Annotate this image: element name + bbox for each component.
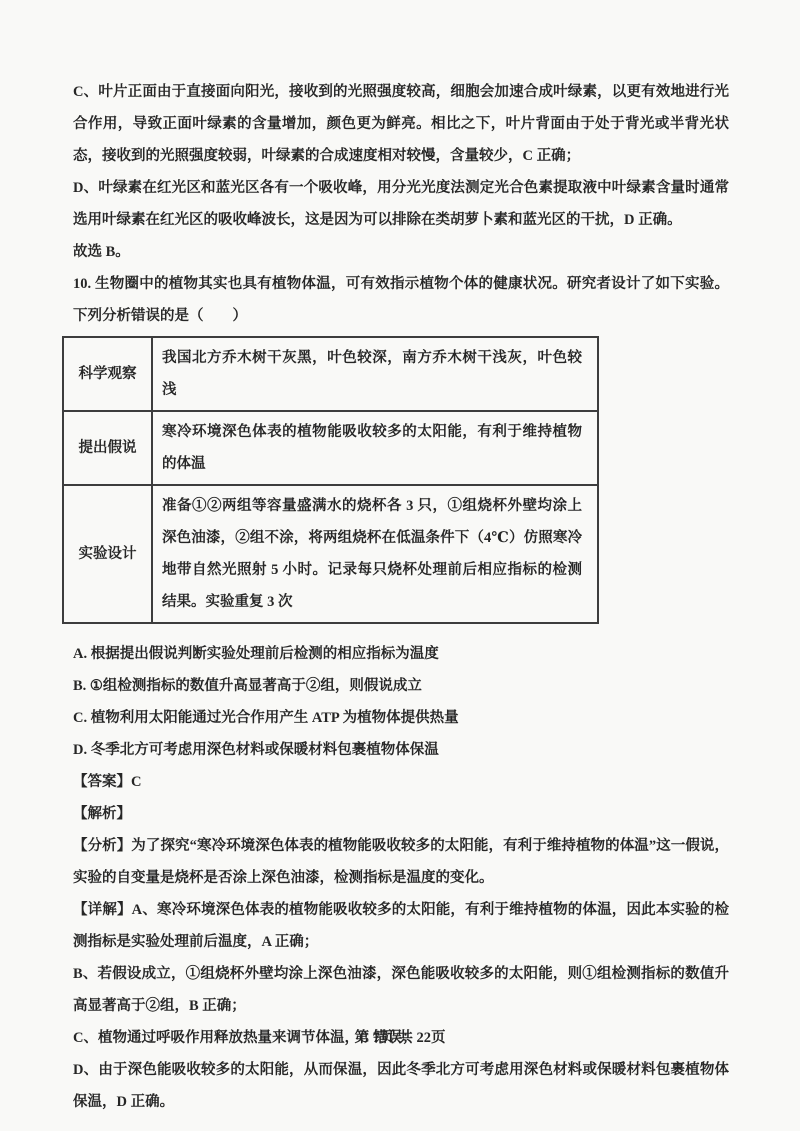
question10-option-c: C. 植物利用太阳能通过光合作用产生 ATP 为植物体提供热量 [73,702,729,734]
question10-option-a: A. 根据提出假说判断实验处理前后检测的相应指标为温度 [73,638,729,670]
detail-option-d: D、由于深色能吸收较多的太阳能，从而保温，因此冬季北方可考虑用深色材料或保暖材料… [73,1054,729,1118]
q9-explanation-option-d: D、叶绿素在红光区和蓝光区各有一个吸收峰，用分光光度法测定光合色素提取液中叶绿素… [73,172,729,236]
question10-option-b: B. ①组检测指标的数值升高显著高于②组，则假说成立 [73,670,729,702]
table-row-observation: 科学观察 我国北方乔木树干灰黑，叶色较深，南方乔木树干浅灰，叶色较浅 [63,337,598,411]
row-label: 实验设计 [63,485,152,623]
table-row-hypothesis: 提出假说 寒冷环境深色体表的植物能吸收较多的太阳能，有利于维持植物的体温 [63,411,598,485]
q9-conclusion: 故选 B。 [73,236,729,268]
scanned-exam-page: C、叶片正面由于直接面向阳光，接收到的光照强度较高，细胞会加速合成叶绿素，以更有… [0,0,800,1131]
row-content: 寒冷环境深色体表的植物能吸收较多的太阳能，有利于维持植物的体温 [152,411,598,485]
analysis-paragraph: 【分析】为了探究“寒冷环境深色体表的植物能吸收较多的太阳能，有利于维持植物的体温… [73,830,729,894]
question10-option-d: D. 冬季北方可考虑用深色材料或保暖材料包裹植物体保温 [73,734,729,766]
experiment-design-table: 科学观察 我国北方乔木树干灰黑，叶色较深，南方乔木树干浅灰，叶色较浅 提出假说 … [62,336,599,624]
document-body: C、叶片正面由于直接面向阳光，接收到的光照强度较高，细胞会加速合成叶绿素，以更有… [73,76,729,1118]
detail-option-b: B、若假设成立，①组烧杯外壁均涂上深色油漆，深色能吸收较多的太阳能，则①组检测指… [73,958,729,1022]
row-label: 科学观察 [63,337,152,411]
detail-option-a: 【详解】A、寒冷环境深色体表的植物能吸收较多的太阳能，有利于维持植物的体温，因此… [73,894,729,958]
table-row-experiment-design: 实验设计 准备①②两组等容量盛满水的烧杯各 3 只，①组烧杯外壁均涂上深色油漆，… [63,485,598,623]
answer-line: 【答案】C [73,766,729,798]
row-label: 提出假说 [63,411,152,485]
q9-explanation-option-c: C、叶片正面由于直接面向阳光，接收到的光照强度较高，细胞会加速合成叶绿素，以更有… [73,76,729,172]
analysis-header: 【解析】 [73,798,729,830]
row-content: 准备①②两组等容量盛满水的烧杯各 3 只，①组烧杯外壁均涂上深色油漆，②组不涂，… [152,485,598,623]
row-content: 我国北方乔木树干灰黑，叶色较深，南方乔木树干浅灰，叶色较浅 [152,337,598,411]
page-number: 第 7页/共 22页 [0,1022,800,1054]
question10-stem: 10. 生物圈中的植物其实也具有植物体温，可有效指示植物个体的健康状况。研究者设… [73,268,729,332]
